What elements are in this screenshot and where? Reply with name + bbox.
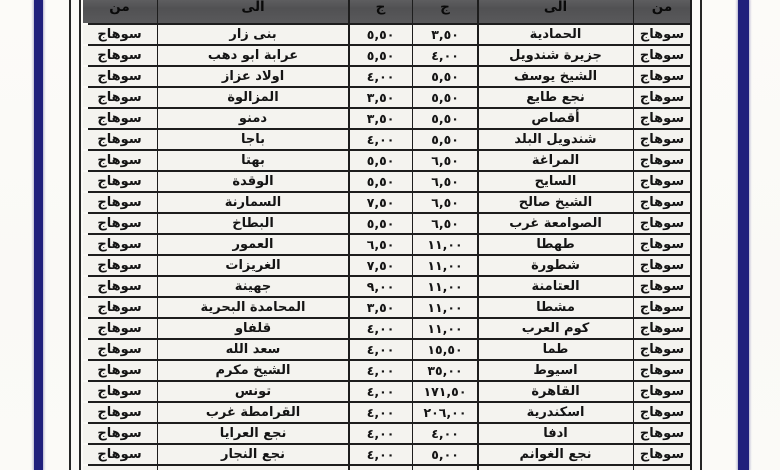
fare-cell-right: ١١,٠٠ — [413, 235, 477, 255]
table-row: سوهاج أقصاص ٥,٥٠ ٣,٥٠ دمنو سوهاج — [90, 109, 690, 129]
destination-cell-left: تونس — [158, 382, 348, 402]
destination-cell-right: العتامنة — [479, 277, 633, 297]
fare-cell-right: ١١,٠٠ — [413, 256, 477, 276]
destination-cell-left: نجع العرايا — [158, 424, 348, 444]
fare-cell-right: ٥,٠٠ — [413, 445, 477, 465]
origin-cell-left — [83, 466, 157, 470]
destination-cell-right: طهطا — [479, 235, 633, 255]
fare-cell-left: ٤,٠٠ — [350, 319, 412, 339]
origin-cell-left: سوهاج — [83, 193, 157, 213]
origin-cell-left: سوهاج — [83, 403, 157, 423]
table-row: سوهاج نجع طايع ٥,٥٠ ٣,٥٠ المزالوة سوهاج — [90, 88, 690, 108]
origin-cell-right: سوهاج — [634, 424, 690, 444]
origin-cell-left: سوهاج — [83, 172, 157, 192]
table-row: سوهاج شطورة ١١,٠٠ ٧,٥٠ الغريزات سوهاج — [90, 256, 690, 276]
destination-cell-left: باجا — [158, 130, 348, 150]
table-row: سوهاج السايح ٦,٥٠ ٥,٥٠ الوقدة سوهاج — [90, 172, 690, 192]
fare-cell-right: ٥,٥٠ — [413, 67, 477, 87]
fare-cell-left — [350, 466, 412, 470]
fare-cell-left: ٥,٥٠ — [350, 151, 412, 171]
fare-cell-left: ٥,٥٠ — [350, 25, 412, 45]
header-to-left: الى — [158, 0, 348, 23]
fare-cell-right: ٣,٥٠ — [413, 25, 477, 45]
table-row: سوهاج جزيرة شندويل ٤,٠٠ ٥,٥٠ عرابة ابو د… — [90, 46, 690, 66]
origin-cell-left: سوهاج — [83, 235, 157, 255]
fare-cell-left: ٥,٥٠ — [350, 172, 412, 192]
destination-cell-left: بنى زار — [158, 25, 348, 45]
origin-cell-right: سوهاج — [634, 277, 690, 297]
fare-cell-right: ٦,٥٠ — [413, 193, 477, 213]
header-to-right: الى — [479, 0, 633, 23]
table-row-partial — [90, 466, 690, 470]
fare-cell-right: ٥,٥٠ — [413, 130, 477, 150]
origin-cell-left: سوهاج — [83, 256, 157, 276]
origin-cell-left: سوهاج — [83, 298, 157, 318]
origin-cell-left: سوهاج — [83, 340, 157, 360]
destination-cell-right: المراغة — [479, 151, 633, 171]
destination-cell-left: الغريزات — [158, 256, 348, 276]
origin-cell-left: سوهاج — [83, 445, 157, 465]
table-row: سوهاج القاهرة ١٧١,٥٠ ٤,٠٠ تونس سوهاج — [90, 382, 690, 402]
origin-cell-right — [634, 466, 690, 470]
table-row: سوهاج الحمادية ٣,٥٠ ٥,٥٠ بنى زار سوهاج — [90, 25, 690, 45]
origin-cell-right: سوهاج — [634, 235, 690, 255]
origin-cell-right: سوهاج — [634, 256, 690, 276]
origin-cell-right: سوهاج — [634, 382, 690, 402]
table-row: سوهاج المراغة ٦,٥٠ ٥,٥٠ بهتا سوهاج — [90, 151, 690, 171]
table-outer-double-border-left — [69, 0, 81, 470]
destination-cell-left: الوقدة — [158, 172, 348, 192]
destination-cell-right: الشيخ يوسف — [479, 67, 633, 87]
destination-cell-right: اسيوط — [479, 361, 633, 381]
destination-cell-right — [479, 466, 633, 470]
destination-cell-left: بهتا — [158, 151, 348, 171]
destination-cell-left: نجع النجار — [158, 445, 348, 465]
destination-cell-right: اسكندرية — [479, 403, 633, 423]
fare-cell-left: ٤,٠٠ — [350, 382, 412, 402]
destination-cell-right: جزيرة شندويل — [479, 46, 633, 66]
fare-cell-right: ٢٠٦,٠٠ — [413, 403, 477, 423]
fare-cell-left: ٣,٥٠ — [350, 88, 412, 108]
table-row: سوهاج الصوامعة غرب ٦,٥٠ ٥,٥٠ البطاخ سوها… — [90, 214, 690, 234]
fare-cell-right: ١١,٠٠ — [413, 319, 477, 339]
fare-cell-right: ٦,٥٠ — [413, 151, 477, 171]
fare-cell-right: ٦,٥٠ — [413, 214, 477, 234]
table-row: سوهاج اسيوط ٣٥,٠٠ ٤,٠٠ الشيخ مكرم سوهاج — [90, 361, 690, 381]
fare-cell-right: ٥,٥٠ — [413, 88, 477, 108]
table-row: سوهاج الشيخ صالح ٦,٥٠ ٧,٥٠ السمارنة سوها… — [90, 193, 690, 213]
table-row: سوهاج اسكندرية ٢٠٦,٠٠ ٤,٠٠ القرامطة غرب … — [90, 403, 690, 423]
destination-cell-left: السمارنة — [158, 193, 348, 213]
origin-cell-left: سوهاج — [83, 88, 157, 108]
origin-cell-right: سوهاج — [634, 88, 690, 108]
fare-cell-right: ١١,٠٠ — [413, 277, 477, 297]
origin-cell-right: سوهاج — [634, 319, 690, 339]
origin-cell-left: سوهاج — [83, 109, 157, 129]
destination-cell-right: القاهرة — [479, 382, 633, 402]
destination-cell-left — [158, 466, 348, 470]
fare-cell-right: ٤,٠٠ — [413, 46, 477, 66]
fare-cell-right: ٥,٥٠ — [413, 109, 477, 129]
origin-cell-left: سوهاج — [83, 214, 157, 234]
origin-cell-left: سوهاج — [83, 46, 157, 66]
origin-cell-left: سوهاج — [83, 319, 157, 339]
destination-cell-left: عرابة ابو دهب — [158, 46, 348, 66]
origin-cell-left: سوهاج — [83, 151, 157, 171]
table-row: سوهاج العتامنة ١١,٠٠ ٩,٠٠ جهينة سوهاج — [90, 277, 690, 297]
destination-cell-right: شطورة — [479, 256, 633, 276]
destination-cell-right: طما — [479, 340, 633, 360]
destination-cell-right: ادفا — [479, 424, 633, 444]
table-row: سوهاج شندويل البلد ٥,٥٠ ٤,٠٠ باجا سوهاج — [90, 130, 690, 150]
origin-cell-right: سوهاج — [634, 340, 690, 360]
fare-cell-left: ٤,٠٠ — [350, 67, 412, 87]
origin-cell-right: سوهاج — [634, 130, 690, 150]
destination-cell-right: نجع طايع — [479, 88, 633, 108]
table-row: سوهاج نجع الغوانم ٥,٠٠ ٤,٠٠ نجع النجار س… — [90, 445, 690, 465]
fare-cell-right: ١١,٠٠ — [413, 298, 477, 318]
fare-cell-right: ١٧١,٥٠ — [413, 382, 477, 402]
header-from-left: من — [83, 0, 157, 23]
fare-cell-left: ٣,٥٠ — [350, 298, 412, 318]
fare-cell-right: ١٥,٥٠ — [413, 340, 477, 360]
fare-cell-right: ٣٥,٠٠ — [413, 361, 477, 381]
destination-cell-left: دمنو — [158, 109, 348, 129]
origin-cell-right: سوهاج — [634, 172, 690, 192]
destination-cell-right: كوم العرب — [479, 319, 633, 339]
destination-cell-left: القرامطة غرب — [158, 403, 348, 423]
fare-cell-left: ٧,٥٠ — [350, 193, 412, 213]
fare-cell-left: ٧,٥٠ — [350, 256, 412, 276]
destination-cell-left: الشيخ مكرم — [158, 361, 348, 381]
destination-cell-right: مشطا — [479, 298, 633, 318]
origin-cell-left: سوهاج — [83, 25, 157, 45]
page-frame-left-line — [34, 0, 43, 470]
table-row: سوهاج الشيخ يوسف ٥,٥٠ ٤,٠٠ اولاد عزاز سو… — [90, 67, 690, 87]
origin-cell-right: سوهاج — [634, 445, 690, 465]
table-row: سوهاج كوم العرب ١١,٠٠ ٤,٠٠ قلفاو سوهاج — [90, 319, 690, 339]
origin-cell-right: سوهاج — [634, 193, 690, 213]
fare-cell-left: ٤,٠٠ — [350, 424, 412, 444]
destination-cell-right: الشيخ صالح — [479, 193, 633, 213]
header-fare-left: ج — [350, 0, 412, 23]
fare-cell-right — [413, 466, 477, 470]
destination-cell-left: العمور — [158, 235, 348, 255]
header-fare-right: ج — [413, 0, 477, 23]
table-row: سوهاج مشطا ١١,٠٠ ٣,٥٠ المحامدة البحرية س… — [90, 298, 690, 318]
table-header-row: من الى ج ج الى من — [90, 0, 690, 23]
fares-table: من الى ج ج الى من سوهاج الحمادية ٣,٥٠ ٥,… — [88, 0, 692, 470]
origin-cell-left: سوهاج — [83, 382, 157, 402]
header-from-right: من — [634, 0, 690, 23]
origin-cell-right: سوهاج — [634, 214, 690, 234]
table-row: سوهاج طهطا ١١,٠٠ ٦,٥٠ العمور سوهاج — [90, 235, 690, 255]
fare-cell-left: ٦,٥٠ — [350, 235, 412, 255]
fare-cell-right: ٤,٠٠ — [413, 424, 477, 444]
origin-cell-right: سوهاج — [634, 361, 690, 381]
table-row: سوهاج ادفا ٤,٠٠ ٤,٠٠ نجع العرايا سوهاج — [90, 424, 690, 444]
fare-cell-left: ٤,٠٠ — [350, 445, 412, 465]
destination-cell-left: سعد الله — [158, 340, 348, 360]
fare-cell-left: ٥,٥٠ — [350, 214, 412, 234]
scanned-fare-document-page: من الى ج ج الى من سوهاج الحمادية ٣,٥٠ ٥,… — [0, 0, 780, 470]
destination-cell-left: جهينة — [158, 277, 348, 297]
fare-cell-left: ٤,٠٠ — [350, 130, 412, 150]
origin-cell-right: سوهاج — [634, 403, 690, 423]
destination-cell-left: البطاخ — [158, 214, 348, 234]
fare-cell-left: ٣,٥٠ — [350, 109, 412, 129]
origin-cell-left: سوهاج — [83, 67, 157, 87]
origin-cell-left: سوهاج — [83, 361, 157, 381]
fare-cell-left: ٤,٠٠ — [350, 403, 412, 423]
destination-cell-right: نجع الغوانم — [479, 445, 633, 465]
destination-cell-left: المزالوة — [158, 88, 348, 108]
destination-cell-right: أقصاص — [479, 109, 633, 129]
origin-cell-right: سوهاج — [634, 46, 690, 66]
fare-cell-left: ٤,٠٠ — [350, 340, 412, 360]
fare-cell-left: ٥,٥٠ — [350, 46, 412, 66]
destination-cell-right: الصوامعة غرب — [479, 214, 633, 234]
fare-cell-left: ٤,٠٠ — [350, 361, 412, 381]
origin-cell-left: سوهاج — [83, 424, 157, 444]
destination-cell-left: اولاد عزاز — [158, 67, 348, 87]
origin-cell-right: سوهاج — [634, 25, 690, 45]
table-row: سوهاج طما ١٥,٥٠ ٤,٠٠ سعد الله سوهاج — [90, 340, 690, 360]
origin-cell-right: سوهاج — [634, 298, 690, 318]
origin-cell-right: سوهاج — [634, 151, 690, 171]
page-frame-right-line — [738, 0, 749, 470]
origin-cell-left: سوهاج — [83, 130, 157, 150]
origin-cell-right: سوهاج — [634, 67, 690, 87]
destination-cell-left: قلفاو — [158, 319, 348, 339]
destination-cell-left: المحامدة البحرية — [158, 298, 348, 318]
origin-cell-right: سوهاج — [634, 109, 690, 129]
destination-cell-right: السايح — [479, 172, 633, 192]
destination-cell-right: شندويل البلد — [479, 130, 633, 150]
fare-cell-right: ٦,٥٠ — [413, 172, 477, 192]
fare-cell-left: ٩,٠٠ — [350, 277, 412, 297]
table-rows-container: سوهاج الحمادية ٣,٥٠ ٥,٥٠ بنى زار سوهاج س… — [90, 25, 690, 470]
origin-cell-left: سوهاج — [83, 277, 157, 297]
destination-cell-right: الحمادية — [479, 25, 633, 45]
